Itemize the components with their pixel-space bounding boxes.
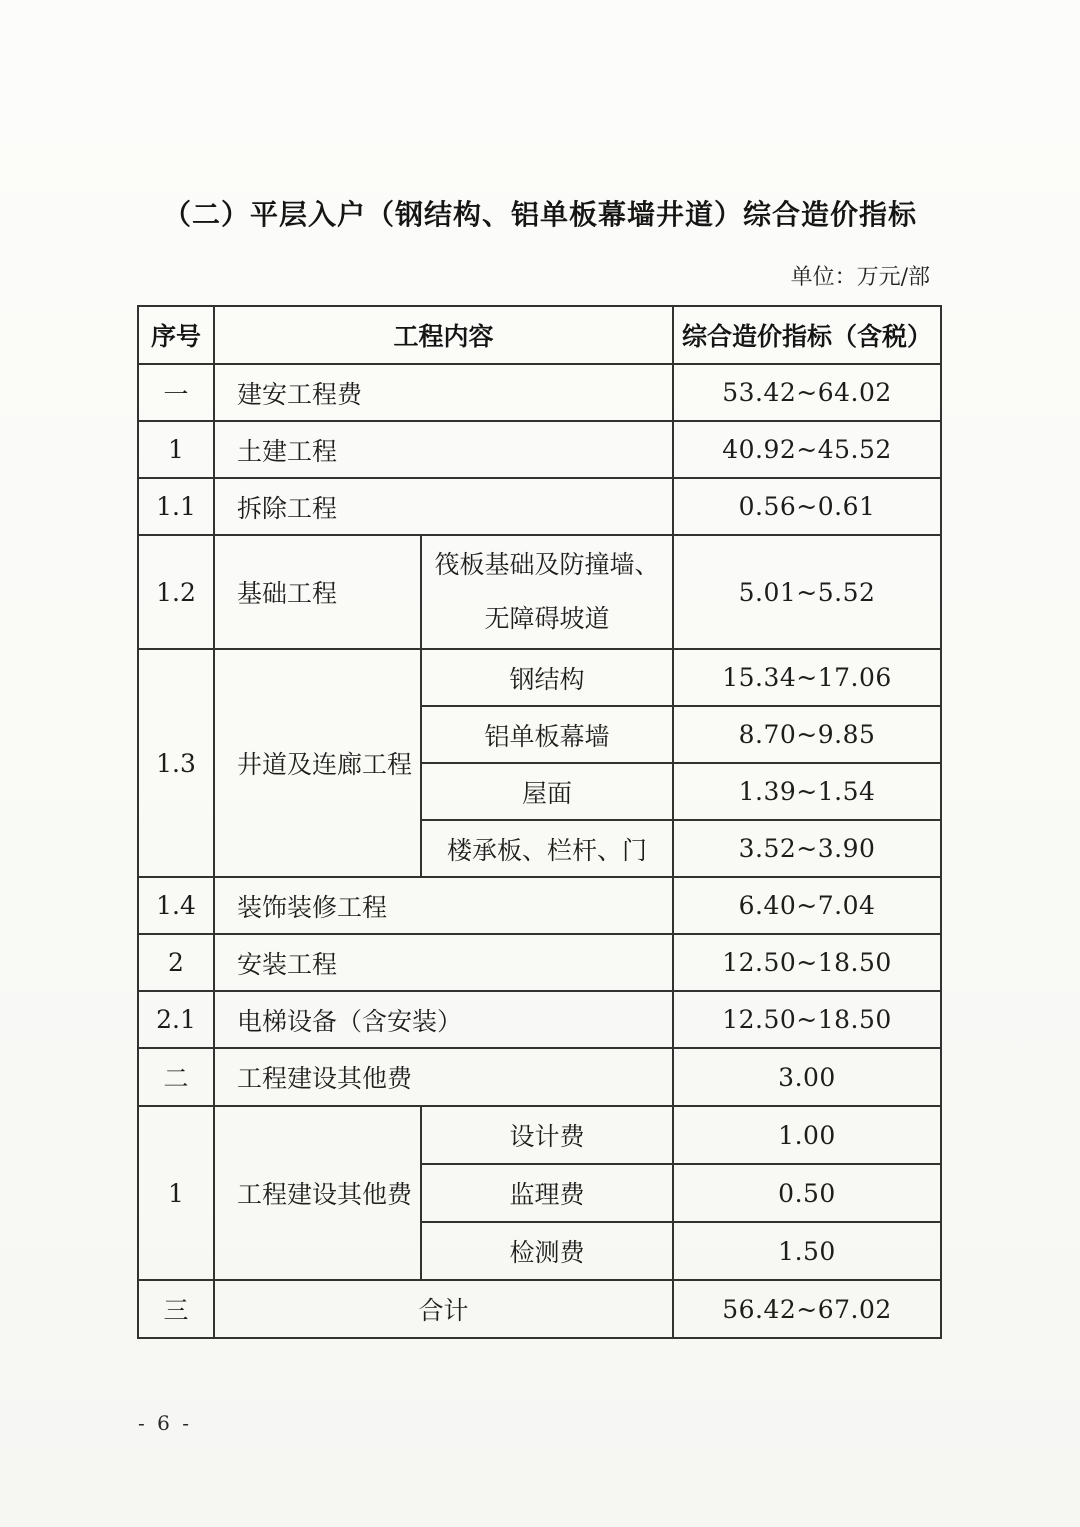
cell-value: 12.50~18.50 (673, 934, 941, 991)
cell-content: 建安工程费 (214, 364, 673, 421)
cell-serial: 1.1 (138, 478, 214, 535)
cell-content: 工程建设其他费 (214, 1048, 673, 1106)
cell-sub-content: 筏板基础及防撞墙、 无障碍坡道 (421, 535, 673, 649)
cell-value: 0.50 (673, 1164, 941, 1222)
cell-value: 1.00 (673, 1106, 941, 1164)
cell-value: 53.42~64.02 (673, 364, 941, 421)
table-row: 1.3 井道及连廊工程 钢结构 15.34~17.06 (138, 649, 941, 706)
document-page: （二）平层入户（钢结构、铝单板幕墙井道）综合造价指标 单位：万元/部 序号 工程… (0, 0, 1080, 1527)
cell-sub-content: 铝单板幕墙 (421, 706, 673, 763)
cell-content: 装饰装修工程 (214, 877, 673, 934)
table-row: 2.1 电梯设备（含安装） 12.50~18.50 (138, 991, 941, 1048)
cell-serial: 1 (138, 421, 214, 478)
cell-value: 40.92~45.52 (673, 421, 941, 478)
table-row: 一 建安工程费 53.42~64.02 (138, 364, 941, 421)
header-serial: 序号 (138, 306, 214, 364)
cell-serial: 2 (138, 934, 214, 991)
cell-value: 6.40~7.04 (673, 877, 941, 934)
table-row: 二 工程建设其他费 3.00 (138, 1048, 941, 1106)
cell-value: 12.50~18.50 (673, 991, 941, 1048)
cell-serial: 一 (138, 364, 214, 421)
cell-content: 工程建设其他费 (214, 1106, 421, 1280)
cell-value: 3.00 (673, 1048, 941, 1106)
table-row: 1 土建工程 40.92~45.52 (138, 421, 941, 478)
cell-value: 15.34~17.06 (673, 649, 941, 706)
cost-indicator-table: 序号 工程内容 综合造价指标（含税） 一 建安工程费 53.42~64.02 1… (137, 305, 942, 1339)
cell-serial: 2.1 (138, 991, 214, 1048)
cell-value: 56.42~67.02 (673, 1280, 941, 1338)
cell-sub-content: 设计费 (421, 1106, 673, 1164)
unit-label: 单位：万元/部 (791, 260, 930, 291)
cell-value: 8.70~9.85 (673, 706, 941, 763)
cell-value: 5.01~5.52 (673, 535, 941, 649)
page-title: （二）平层入户（钢结构、铝单板幕墙井道）综合造价指标 (0, 193, 1080, 233)
table-row: 1.1 拆除工程 0.56~0.61 (138, 478, 941, 535)
cell-sub-content: 钢结构 (421, 649, 673, 706)
cell-value: 0.56~0.61 (673, 478, 941, 535)
cell-serial: 1.2 (138, 535, 214, 649)
cell-value: 1.50 (673, 1222, 941, 1280)
table-header-row: 序号 工程内容 综合造价指标（含税） (138, 306, 941, 364)
cell-sub-content: 检测费 (421, 1222, 673, 1280)
cell-content: 安装工程 (214, 934, 673, 991)
sub-content-line: 无障碍坡道 (422, 592, 672, 646)
cell-sub-content: 屋面 (421, 763, 673, 820)
cell-sub-content: 监理费 (421, 1164, 673, 1222)
cell-value: 3.52~3.90 (673, 820, 941, 877)
cell-serial: 二 (138, 1048, 214, 1106)
cell-content: 井道及连廊工程 (214, 649, 421, 877)
table-row: 1.2 基础工程 筏板基础及防撞墙、 无障碍坡道 5.01~5.52 (138, 535, 941, 649)
header-indicator: 综合造价指标（含税） (673, 306, 941, 364)
cell-content: 电梯设备（含安装） (214, 991, 673, 1048)
table-row: 1 工程建设其他费 设计费 1.00 (138, 1106, 941, 1164)
cell-serial: 1.4 (138, 877, 214, 934)
sub-content-line: 筏板基础及防撞墙、 (422, 538, 672, 592)
cell-serial: 三 (138, 1280, 214, 1338)
cell-content: 拆除工程 (214, 478, 673, 535)
table-row: 2 安装工程 12.50~18.50 (138, 934, 941, 991)
page-number: - 6 - (138, 1411, 192, 1435)
cell-content: 合计 (214, 1280, 673, 1338)
cell-serial: 1 (138, 1106, 214, 1280)
header-content: 工程内容 (214, 306, 673, 364)
cell-content: 基础工程 (214, 535, 421, 649)
cell-serial: 1.3 (138, 649, 214, 877)
table-row: 三 合计 56.42~67.02 (138, 1280, 941, 1338)
table-row: 1.4 装饰装修工程 6.40~7.04 (138, 877, 941, 934)
cell-sub-content: 楼承板、栏杆、门 (421, 820, 673, 877)
cell-content: 土建工程 (214, 421, 673, 478)
cell-value: 1.39~1.54 (673, 763, 941, 820)
